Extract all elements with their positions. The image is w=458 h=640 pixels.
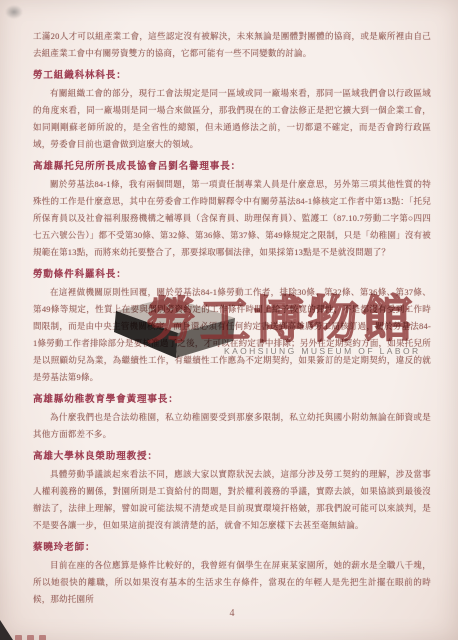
continuation-paragraph: 工滿20人才可以組產業工會，這些認定沒有被解決，未來無論是團體對團體的協商，或是…: [33, 28, 431, 62]
section-childcare-association-director-lu: 高雄縣托兒所所長成長協會呂劉名譽理事長： 關於勞基法84-1條，我有兩個問題，第…: [33, 159, 431, 261]
section-labor-organization-chief-lin: 勞工組織科林科長： 有關組織工會的部分，現行工會法規定是同一區域或同一廠場來看，…: [33, 68, 431, 153]
section-body-labor-organization-chief-lin: 有關組織工會的部分，現行工會法規定是同一區域或同一廠場來看，那同一區域我們會以行…: [33, 85, 431, 153]
scan-clipped-text-fragments: [15, 635, 46, 640]
section-preschool-association-director-huang: 高雄縣幼稚教育學會黃理事長： 為什麼我們也是合法幼稚園，私立幼稚園要受到那麼多限…: [33, 392, 431, 443]
page-number: 4: [33, 608, 431, 619]
section-teacher-tsai: 蔡曉玲老師： 目前在座的各位應算是條件比較好的，我曾經有個學生在屏東某家園所，她…: [33, 540, 431, 608]
section-heading-labor-conditions-chief-luo: 勞動條件科羅科長：: [33, 267, 431, 284]
section-heading-teacher-tsai: 蔡曉玲老師：: [33, 540, 431, 557]
section-body-professor-lin-liang-jung: 具體勞動爭議談起來看法不同，應該大家以實際狀況去談，這部分涉及勞工契約的理解，涉…: [33, 466, 431, 534]
section-heading-preschool-association-director-huang: 高雄縣幼稚教育學會黃理事長：: [33, 392, 431, 409]
section-body-labor-conditions-chief-luo: 在這裡做機關原則性回覆，關於勞基法84-1條勞動工作者，排除30條、第32條、第…: [33, 284, 431, 386]
section-heading-professor-lin-liang-jung: 高雄大學林良榮助理教授：: [33, 449, 431, 466]
section-labor-conditions-chief-luo: 勞動條件科羅科長： 在這裡做機關原則性回覆，關於勞基法84-1條勞動工作者，排除…: [33, 267, 431, 386]
section-professor-lin-liang-jung: 高雄大學林良榮助理教授： 具體勞動爭議談起來看法不同，應該大家以實際狀況去談，這…: [33, 449, 431, 534]
scan-corner-mark-bottom-left: [0, 620, 13, 640]
scanned-document-page: 工滿20人才可以組產業工會，這些認定沒有被解決，未來無論是團體對團體的協商，或是…: [0, 0, 458, 640]
document-content: 工滿20人才可以組產業工會，這些認定沒有被解決，未來無論是團體對團體的協商，或是…: [33, 28, 431, 608]
section-body-teacher-tsai: 目前在座的各位應算是條件比較好的，我曾經有個學生在屏東某家園所，她的薪水是全職八…: [33, 557, 431, 608]
scan-smudge-top-left: [5, 5, 23, 19]
section-body-preschool-association-director-huang: 為什麼我們也是合法幼稚園，私立幼稚園要受到那麼多限制，私立幼托與國小附幼無論在師…: [33, 409, 431, 443]
section-heading-childcare-association-director-lu: 高雄縣托兒所所長成長協會呂劉名譽理事長：: [33, 159, 431, 176]
section-heading-labor-organization-chief-lin: 勞工組織科林科長：: [33, 68, 431, 85]
section-body-childcare-association-director-lu: 關於勞基法84-1條，我有兩個問題，第一項責任制專業人員是什麼意思，另外第三項其…: [33, 176, 431, 261]
